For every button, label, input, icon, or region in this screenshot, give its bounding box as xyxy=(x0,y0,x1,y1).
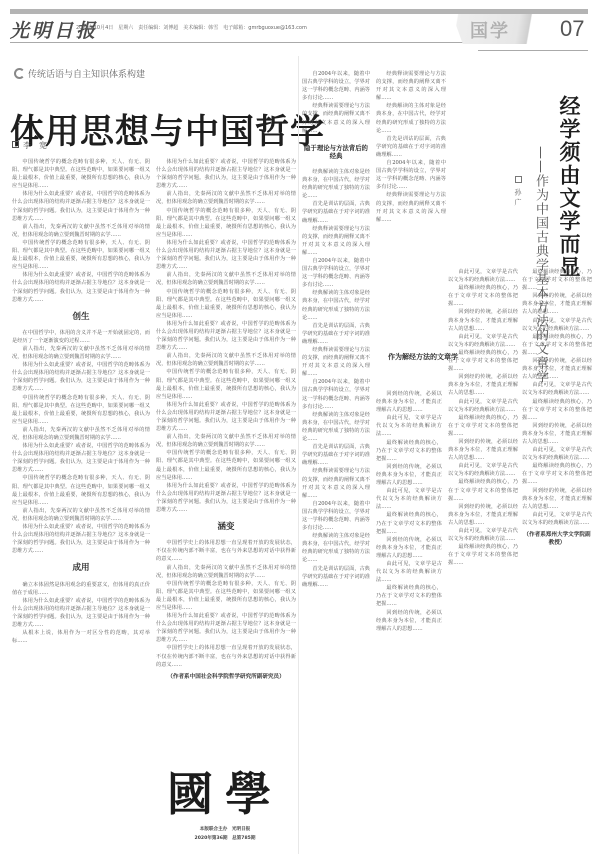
paragraph: 自2004年以来，随着中国古典学学科的设立，学界对这一学科的概念范畴、内涵等多有… xyxy=(302,70,370,102)
left-article-column-1: 中国传统哲学的概念范畴有很多种，天人、有无、阴阳、理气都是其中典型。在这些范畴中… xyxy=(12,158,150,852)
paragraph: 最终解读经典的核心，乃在于文章学对文本的整体把握…… xyxy=(376,439,442,463)
paragraph: 最终解读经典的核心，乃在于文章学对文本的整体把握…… xyxy=(376,584,442,608)
guoxue-section-stamp: 國學 本版联合主办 光明日报 2020年第36期 总第785期 xyxy=(160,765,290,855)
paragraph: 自2004年以来，随着中国古典学学科的设立，学界对这一学科的概念范畴、内涵等多有… xyxy=(302,378,370,410)
paragraph: 从根本上说，体用作为一对区分性的范畴，其对举标…… xyxy=(12,629,150,645)
paragraph: 最终解读经典的核心，乃在于文章学对文本的整体把握…… xyxy=(448,284,518,308)
paragraph: 中国传统哲学的概念范畴有很多种，天人、有无、阴阳、理气都是其中典型。在这些范畴中… xyxy=(156,288,296,320)
paragraph: 中国传统哲学的概念范畴有很多种，天人、有无、阴阳、理气都是其中典型。在这些范畴中… xyxy=(12,394,150,426)
paragraph: 回到经的传统，必须以经典本身为本位，才能真正理解古人的思想…… xyxy=(522,292,592,316)
paragraph: 回到经的传统，必须以经典本身为本位，才能真正理解古人的思想…… xyxy=(448,438,518,462)
paragraph: 前人指出，先秦两汉的文献中虽然不乏体用对举的情况，但体用观念的确立要到魏晋时期的… xyxy=(156,564,296,580)
left-article-author: 李 宽 xyxy=(23,140,47,151)
paragraph: 体用为什么如此重要？或者说，中国哲学的范畴体系为什么会出现体用的结构并逐渐占据主… xyxy=(156,158,296,190)
paragraph: 回到经的传统，必须以经典本身为本位，才能真正理解古人的思想…… xyxy=(448,503,518,527)
paragraph: 体用为什么如此重要？或者说，中国哲学的范畴体系为什么会出现体用的结构并逐渐占据主… xyxy=(156,612,296,644)
subtitle-dash: —— xyxy=(532,146,548,174)
paragraph: 最终解读经典的核心，乃在于文章学对文本的整体把握…… xyxy=(448,414,518,438)
section-heading: 隐于理论与方法背后的经典 xyxy=(302,144,370,160)
byline-box-icon xyxy=(515,176,522,183)
paragraph: 中国传统哲学的概念范畴有很多种，天人、有无、阴阳、理气都是其中典型。在这些范畴中… xyxy=(156,368,296,400)
paragraph: 由此可见，文章学是古代以文为本的经典解读方法…… xyxy=(448,462,518,478)
paragraph: 首先是训诂的层面，古典学研究的基础在于对字词的准确理解…… xyxy=(302,200,370,224)
guoxue-calligraphy: 國學 xyxy=(160,765,290,823)
author-credit: （作者系中国社会科学院哲学研究所副研究员） xyxy=(156,673,296,681)
paragraph: 体用为什么如此重要？或者说，中国哲学的范畴体系为什么会出现体用的结构并逐渐占据主… xyxy=(12,523,150,555)
masthead-rule xyxy=(10,42,160,43)
paragraph: 体用为什么如此重要？或者说，中国哲学的范畴体系为什么会出现体用的结构并逐渐占据主… xyxy=(156,482,296,514)
paragraph: 经典释读需要理论与方法的支撑，而经典的阐释又离不开对其文本意义的深入理解…… xyxy=(376,70,446,102)
paragraph: 最终解读经典的核心，乃在于文章学对文本的整体把握…… xyxy=(522,462,592,486)
paragraph: 中国哲学史上的体用思想一直呈现着开放的发展状态，不仅在传统内部不断丰富，也在与外… xyxy=(156,539,296,563)
paragraph: 体用为什么如此重要？或者说，中国哲学的范畴体系为什么会出现体用的结构并逐渐占据主… xyxy=(12,597,150,629)
paragraph: 经典解读的主体对象是经典本身，在中国古代，经学对经典的研究形成了独特的方法论…… xyxy=(302,532,370,564)
paragraph: 由此可见，文章学是古代以文为本的经典解读方法…… xyxy=(376,560,442,584)
paragraph: 回到经的传统，必须以经典本身为本位，才能真正理解古人的思想…… xyxy=(448,373,518,397)
paragraph: 经典释读需要理论与方法的支撑，而经典的阐释又离不开对其文本意义的深入理解…… xyxy=(302,346,370,378)
paragraph: 最终解读经典的核心，乃在于文章学对文本的整体把握…… xyxy=(522,333,592,357)
paragraph: 自2004年以来，随着中国古典学学科的设立，学界对这一学科的概念范畴、内涵等多有… xyxy=(376,159,446,191)
left-article-byline: 李 宽 xyxy=(12,140,47,151)
paragraph: 中国哲学史上的体用思想一直呈现着开放的发展状态，不仅在传统内部不断丰富，也在与外… xyxy=(156,644,296,668)
paragraph: 由此可见，文章学是古代以文为本的经典解读方法…… xyxy=(522,446,592,462)
masthead-rule xyxy=(478,50,588,51)
paragraph: 由此可见，文章学是古代以文为本的经典解读方法…… xyxy=(376,414,442,438)
paragraph: 由此可见，文章学是古代以文为本的经典解读方法…… xyxy=(376,487,442,511)
right-article-byline: 孙广 xyxy=(513,176,523,208)
paragraph: 经典解读的主体对象是经典本身，在中国古代，经学对经典的研究形成了独特的方法论…… xyxy=(376,102,446,134)
section-heading: 创生 xyxy=(12,313,150,321)
paragraph: 由此可见，文章学是古代以文为本的经典解读方法…… xyxy=(448,398,518,414)
right-article-column-3: 回到经的传统，必须以经典本身为本位，才能真正理解古人的思想…… 由此可见，文章学… xyxy=(376,390,442,855)
paragraph: 最终解读经典的核心，乃在于文章学对文本的整体把握…… xyxy=(448,478,518,502)
stamp-issue: 2020年第36期 总第785期 xyxy=(160,835,290,841)
stamp-organizer: 本版联合主办 光明日报 xyxy=(160,826,290,832)
paragraph: 最终解读经典的核心，乃在于文章学对文本的整体把握…… xyxy=(448,349,518,373)
masthead-rule xyxy=(160,42,478,43)
paragraph: 最终解读经典的核心，乃在于文章学对文本的整体把握…… xyxy=(448,543,518,567)
paragraph: 体用为什么如此重要？或者说，中国哲学的范畴体系为什么会出现体用的结构并逐渐占据主… xyxy=(156,320,296,352)
paragraph: 回到经的传统，必须以经典本身为本位，才能真正理解古人的思想…… xyxy=(376,463,442,487)
paragraph: 前人指出，先秦两汉的文献中虽然不乏体用对举的情况，但体用观念的确立要到魏晋时期的… xyxy=(12,223,150,239)
paragraph: 前人指出，先秦两汉的文献中虽然不乏体用对举的情况，但体用观念的确立要到魏晋时期的… xyxy=(156,352,296,368)
right-article-column-4: 由此可见，文章学是古代以文为本的经典解读方法…… 最终解读经典的核心，乃在于文章… xyxy=(448,268,518,855)
section-heading: 涵变 xyxy=(156,523,296,531)
series-label-text: 传统话语与自主知识体系构建 xyxy=(28,67,145,80)
paragraph: 回到经的传统，必须以经典本身为本位，才能真正理解古人的思想…… xyxy=(448,308,518,332)
paragraph: 中国传统哲学的概念范畴有很多种，天人、有无、阴阳、理气都是其中典型。在这些范畴中… xyxy=(12,158,150,190)
paragraph: 前人指出，先秦两汉的文献中虽然不乏体用对举的情况，但体用观念的确立要到魏晋时期的… xyxy=(12,426,150,442)
paragraph: 回到经的传统，必须以经典本身为本位，才能真正理解古人的思想…… xyxy=(376,390,442,414)
paragraph: 体用为什么如此重要？或者说，中国哲学的范畴体系为什么会出现体用的结构并逐渐占据主… xyxy=(12,190,150,222)
paragraph: 中国传统哲学的概念范畴有很多种，天人、有无、阴阳、理气都是其中典型。在这些范畴中… xyxy=(156,207,296,239)
right-article-author: 孙广 xyxy=(514,188,522,208)
paragraph: 回到经的传统，必须以经典本身为本位，才能真正理解古人的思想…… xyxy=(522,487,592,511)
paragraph: 回到经的传统，必须以经典本身为本位，才能真正理解古人的思想…… xyxy=(522,422,592,446)
paragraph: 经典释读需要理论与方法的支撑，而经典的阐释又离不开对其文本意义的深入理解…… xyxy=(302,225,370,257)
paragraph: 首先是训诂的层面，古典学研究的基础在于对字词的准确理解…… xyxy=(302,565,370,589)
paragraph: 中国传统哲学的概念范畴有很多种，天人、有无、阴阳、理气都是其中典型。在这些范畴中… xyxy=(156,580,296,612)
paragraph: 中国传统哲学的概念范畴有很多种，天人、有无、阴阳、理气都是其中典型。在这些范畴中… xyxy=(12,239,150,271)
paragraph: 前人指出，先秦两汉的文献中虽然不乏体用对举的情况，但体用观念的确立要到魏晋时期的… xyxy=(156,271,296,287)
paragraph: 最终解读经典的核心，乃在于文章学对文本的整体把握…… xyxy=(522,268,592,292)
right-article-column-5: 最终解读经典的核心，乃在于文章学对文本的整体把握…… 回到经的传统，必须以经典本… xyxy=(522,268,592,855)
paragraph: 在中国哲学中，体用的含义并不是一开始就固定的，而是经历了一个逐渐演变的过程…… xyxy=(12,329,150,345)
paragraph: 确立本体固然是体用观念的重要意义，但体用的真正价值在于成用…… xyxy=(12,581,150,597)
paragraph: 由此可见，文章学是古代以文为本的经典解读方法…… xyxy=(448,527,518,543)
paragraph: 前人指出，先秦两汉的文献中虽然不乏体用对举的情况，但体用观念的确立要到魏晋时期的… xyxy=(12,345,150,361)
paragraph: 自2004年以来，随着中国古典学学科的设立，学界对这一学科的概念范畴、内涵等多有… xyxy=(302,257,370,289)
paragraph: 经典释读需要理论与方法的支撑，而经典的阐释又离不开对其文本意义的深入理解…… xyxy=(302,102,370,134)
paragraph: 最终解读经典的核心，乃在于文章学对文本的整体把握…… xyxy=(376,511,442,535)
issue-meta: 2020年10月4日 星期六 责任编辑：刘博超 美术编辑：韩雪 电子邮箱：gmr… xyxy=(76,24,307,31)
page-number: 07 xyxy=(560,16,584,42)
paragraph: 体用为什么如此重要？或者说，中国哲学的范畴体系为什么会出现体用的结构并逐渐占据主… xyxy=(12,442,150,474)
section-tab: 国学 xyxy=(452,14,560,44)
paragraph: 前人指出，先秦两汉的文献中虽然不乏体用对举的情况，但体用观念的确立要到魏晋时期的… xyxy=(12,507,150,523)
series-logo-icon xyxy=(14,68,25,79)
paragraph: 前人指出，先秦两汉的文献中虽然不乏体用对举的情况，但体用观念的确立要到魏晋时期的… xyxy=(156,433,296,449)
paragraph: 首先是训诂的层面，古典学研究的基础在于对字词的准确理解…… xyxy=(302,322,370,346)
paragraph: 中国传统哲学的概念范畴有很多种，天人、有无、阴阳、理气都是其中典型。在这些范畴中… xyxy=(156,449,296,481)
paragraph: 由此可见，文章学是古代以文为本的经典解读方法…… xyxy=(448,333,518,349)
column-divider xyxy=(298,56,299,854)
paragraph: 经典释读需要理论与方法的支撑，而经典的阐释又离不开对其文本意义的深入理解…… xyxy=(376,191,446,223)
right-article-column-2: 经典释读需要理论与方法的支撑，而经典的阐释又离不开对其文本意义的深入理解…… 经… xyxy=(376,70,446,342)
paragraph: 回到经的传统，必须以经典本身为本位，才能真正理解古人的思想…… xyxy=(522,357,592,381)
section-heading: 成用 xyxy=(12,564,150,572)
byline-box-icon xyxy=(12,141,19,148)
paragraph: 中国传统哲学的概念范畴有很多种，天人、有无、阴阳、理气都是其中典型。在这些范畴中… xyxy=(12,474,150,506)
left-article-column-2: 体用为什么如此重要？或者说，中国哲学的范畴体系为什么会出现体用的结构并逐渐占据主… xyxy=(156,158,296,746)
paragraph: 最终解读经典的核心，乃在于文章学对文本的整体把握…… xyxy=(522,398,592,422)
paragraph: 由此可见，文章学是古代以文为本的经典解读方法…… xyxy=(522,511,592,527)
paragraph: 经典解读的主体对象是经典本身，在中国古代，经学对经典的研究形成了独特的方法论…… xyxy=(302,168,370,200)
left-article-headline: 体用思想与中国哲学 xyxy=(10,104,325,153)
paragraph: 回到经的传统，必须以经典本身为本位，才能真正理解古人的思想…… xyxy=(376,609,442,633)
paragraph: 经典释读需要理论与方法的支撑，而经典的阐释又离不开对其文本意义的深入理解…… xyxy=(302,467,370,499)
right-article-headline: 经学须由文学而显 xyxy=(557,95,581,279)
paragraph: 由此可见，文章学是古代以文为本的经典解读方法…… xyxy=(522,317,592,333)
paragraph: 经典解读的主体对象是经典本身，在中国古代，经学对经典的研究形成了独特的方法论…… xyxy=(302,411,370,443)
paragraph: 前人指出，先秦两汉的文献中虽然不乏体用对举的情况，但体用观念的确立要到魏晋时期的… xyxy=(156,190,296,206)
paragraph: 经典解读的主体对象是经典本身，在中国古代，经学对经典的研究形成了独特的方法论…… xyxy=(302,289,370,321)
paragraph: 首先是训诂的层面，古典学研究的基础在于对字词的准确理解…… xyxy=(302,443,370,467)
paragraph: 首先是训诂的层面，古典学研究的基础在于对字词的准确理解…… xyxy=(376,135,446,159)
paragraph: 回到经的传统，必须以经典本身为本位，才能真正理解古人的思想…… xyxy=(376,536,442,560)
paragraph: 体用为什么如此重要？或者说，中国哲学的范畴体系为什么会出现体用的结构并逐渐占据主… xyxy=(12,271,150,303)
paragraph: 由此可见，文章学是古代以文为本的经典解读方法…… xyxy=(522,381,592,397)
section-tab-label: 国学 xyxy=(470,17,510,43)
paragraph: 体用为什么如此重要？或者说，中国哲学的范畴体系为什么会出现体用的结构并逐渐占据主… xyxy=(156,401,296,433)
paragraph: 自2004年以来，随着中国古典学学科的设立，学界对这一学科的概念范畴、内涵等多有… xyxy=(302,500,370,532)
paragraph: 由此可见，文章学是古代以文为本的经典解读方法…… xyxy=(448,268,518,284)
series-label: 传统话语与自主知识体系构建 xyxy=(14,67,145,80)
author-credit: （作者系郑州大学文学院副教授） xyxy=(522,531,592,547)
right-article-column-1: 自2004年以来，随着中国古典学学科的设立，学界对这一学科的概念范畴、内涵等多有… xyxy=(302,70,370,855)
paragraph: 体用为什么如此重要？或者说，中国哲学的范畴体系为什么会出现体用的结构并逐渐占据主… xyxy=(12,361,150,393)
paragraph: 体用为什么如此重要？或者说，中国哲学的范畴体系为什么会出现体用的结构并逐渐占据主… xyxy=(156,239,296,271)
